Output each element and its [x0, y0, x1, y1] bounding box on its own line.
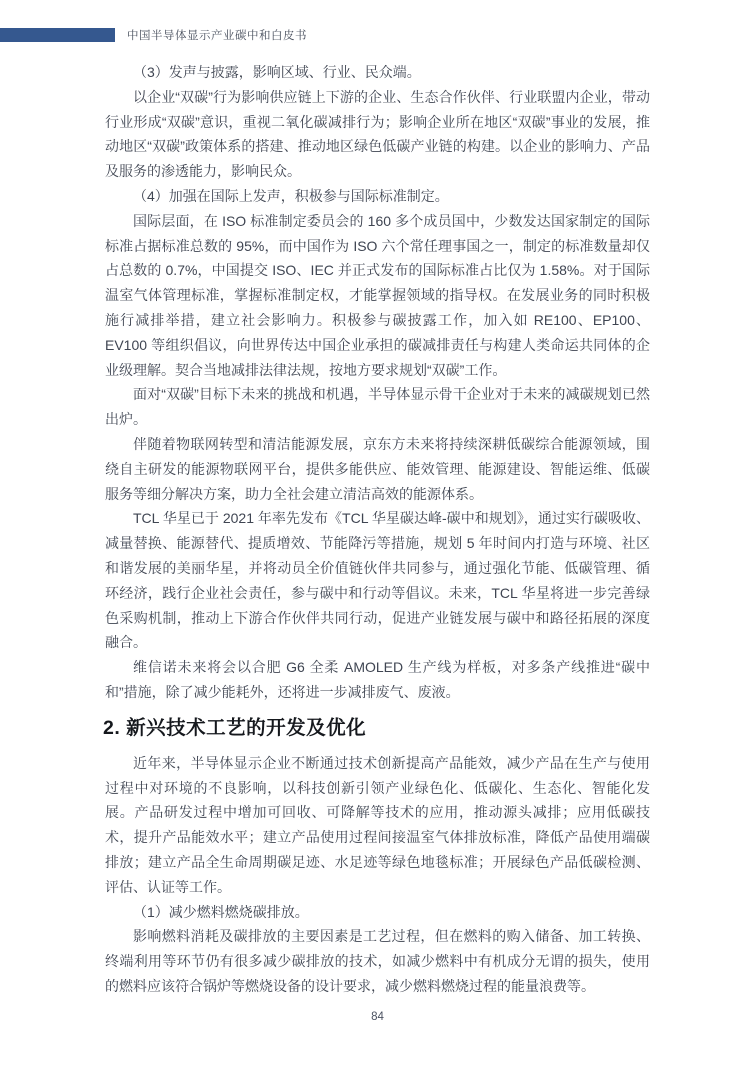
page-header: 中国半导体显示产业碳中和白皮书 [0, 0, 756, 46]
paragraph: 影响燃料消耗及碳排放的主要因素是工艺过程，但在燃料的购入储备、加工转换、终端利用… [105, 924, 650, 998]
paragraph: 面对“双碳”目标下未来的挑战和机遇，半导体显示骨干企业对于未来的减碳规划已然出炉… [105, 382, 650, 432]
section-heading: 2. 新兴技术工艺的开发及优化 [103, 715, 650, 742]
header-accent-bar [0, 28, 115, 42]
page-number: 84 [371, 1011, 384, 1023]
paragraph: 维信诺未来将会以合肥 G6 全柔 AMOLED 生产线为样板，对多条产线推进“碳… [105, 655, 650, 705]
paragraph: （1）减少燃料燃烧碳排放。 [105, 900, 650, 925]
paragraph: TCL 华星已于 2021 年率先发布《TCL 华星碳达峰-碳中和规划》，通过实… [105, 506, 650, 655]
header-title: 中国半导体显示产业碳中和白皮书 [127, 27, 307, 43]
paragraph: 以企业“双碳”行为影响供应链上下游的企业、生态合作伙伴、行业联盟内企业，带动行业… [105, 85, 650, 184]
page-content: （3）发声与披露，影响区域、行业、民众端。 以企业“双碳”行为影响供应链上下游的… [105, 60, 650, 1029]
paragraph: 国际层面，在 ISO 标准制定委员会的 160 多个成员国中，少数发达国家制定的… [105, 209, 650, 383]
page-footer: 84 [105, 1005, 650, 1030]
paragraph: 近年来，半导体显示企业不断通过技术创新提高产品能效，减少产品在生产与使用过程中对… [105, 751, 650, 900]
paragraph: （4）加强在国际上发声，积极参与国际标准制定。 [105, 184, 650, 209]
paragraph: 伴随着物联网转型和清洁能源发展，京东方未来将持续深耕低碳综合能源领域，围绕自主研… [105, 432, 650, 506]
paragraph: （3）发声与披露，影响区域、行业、民众端。 [105, 60, 650, 85]
